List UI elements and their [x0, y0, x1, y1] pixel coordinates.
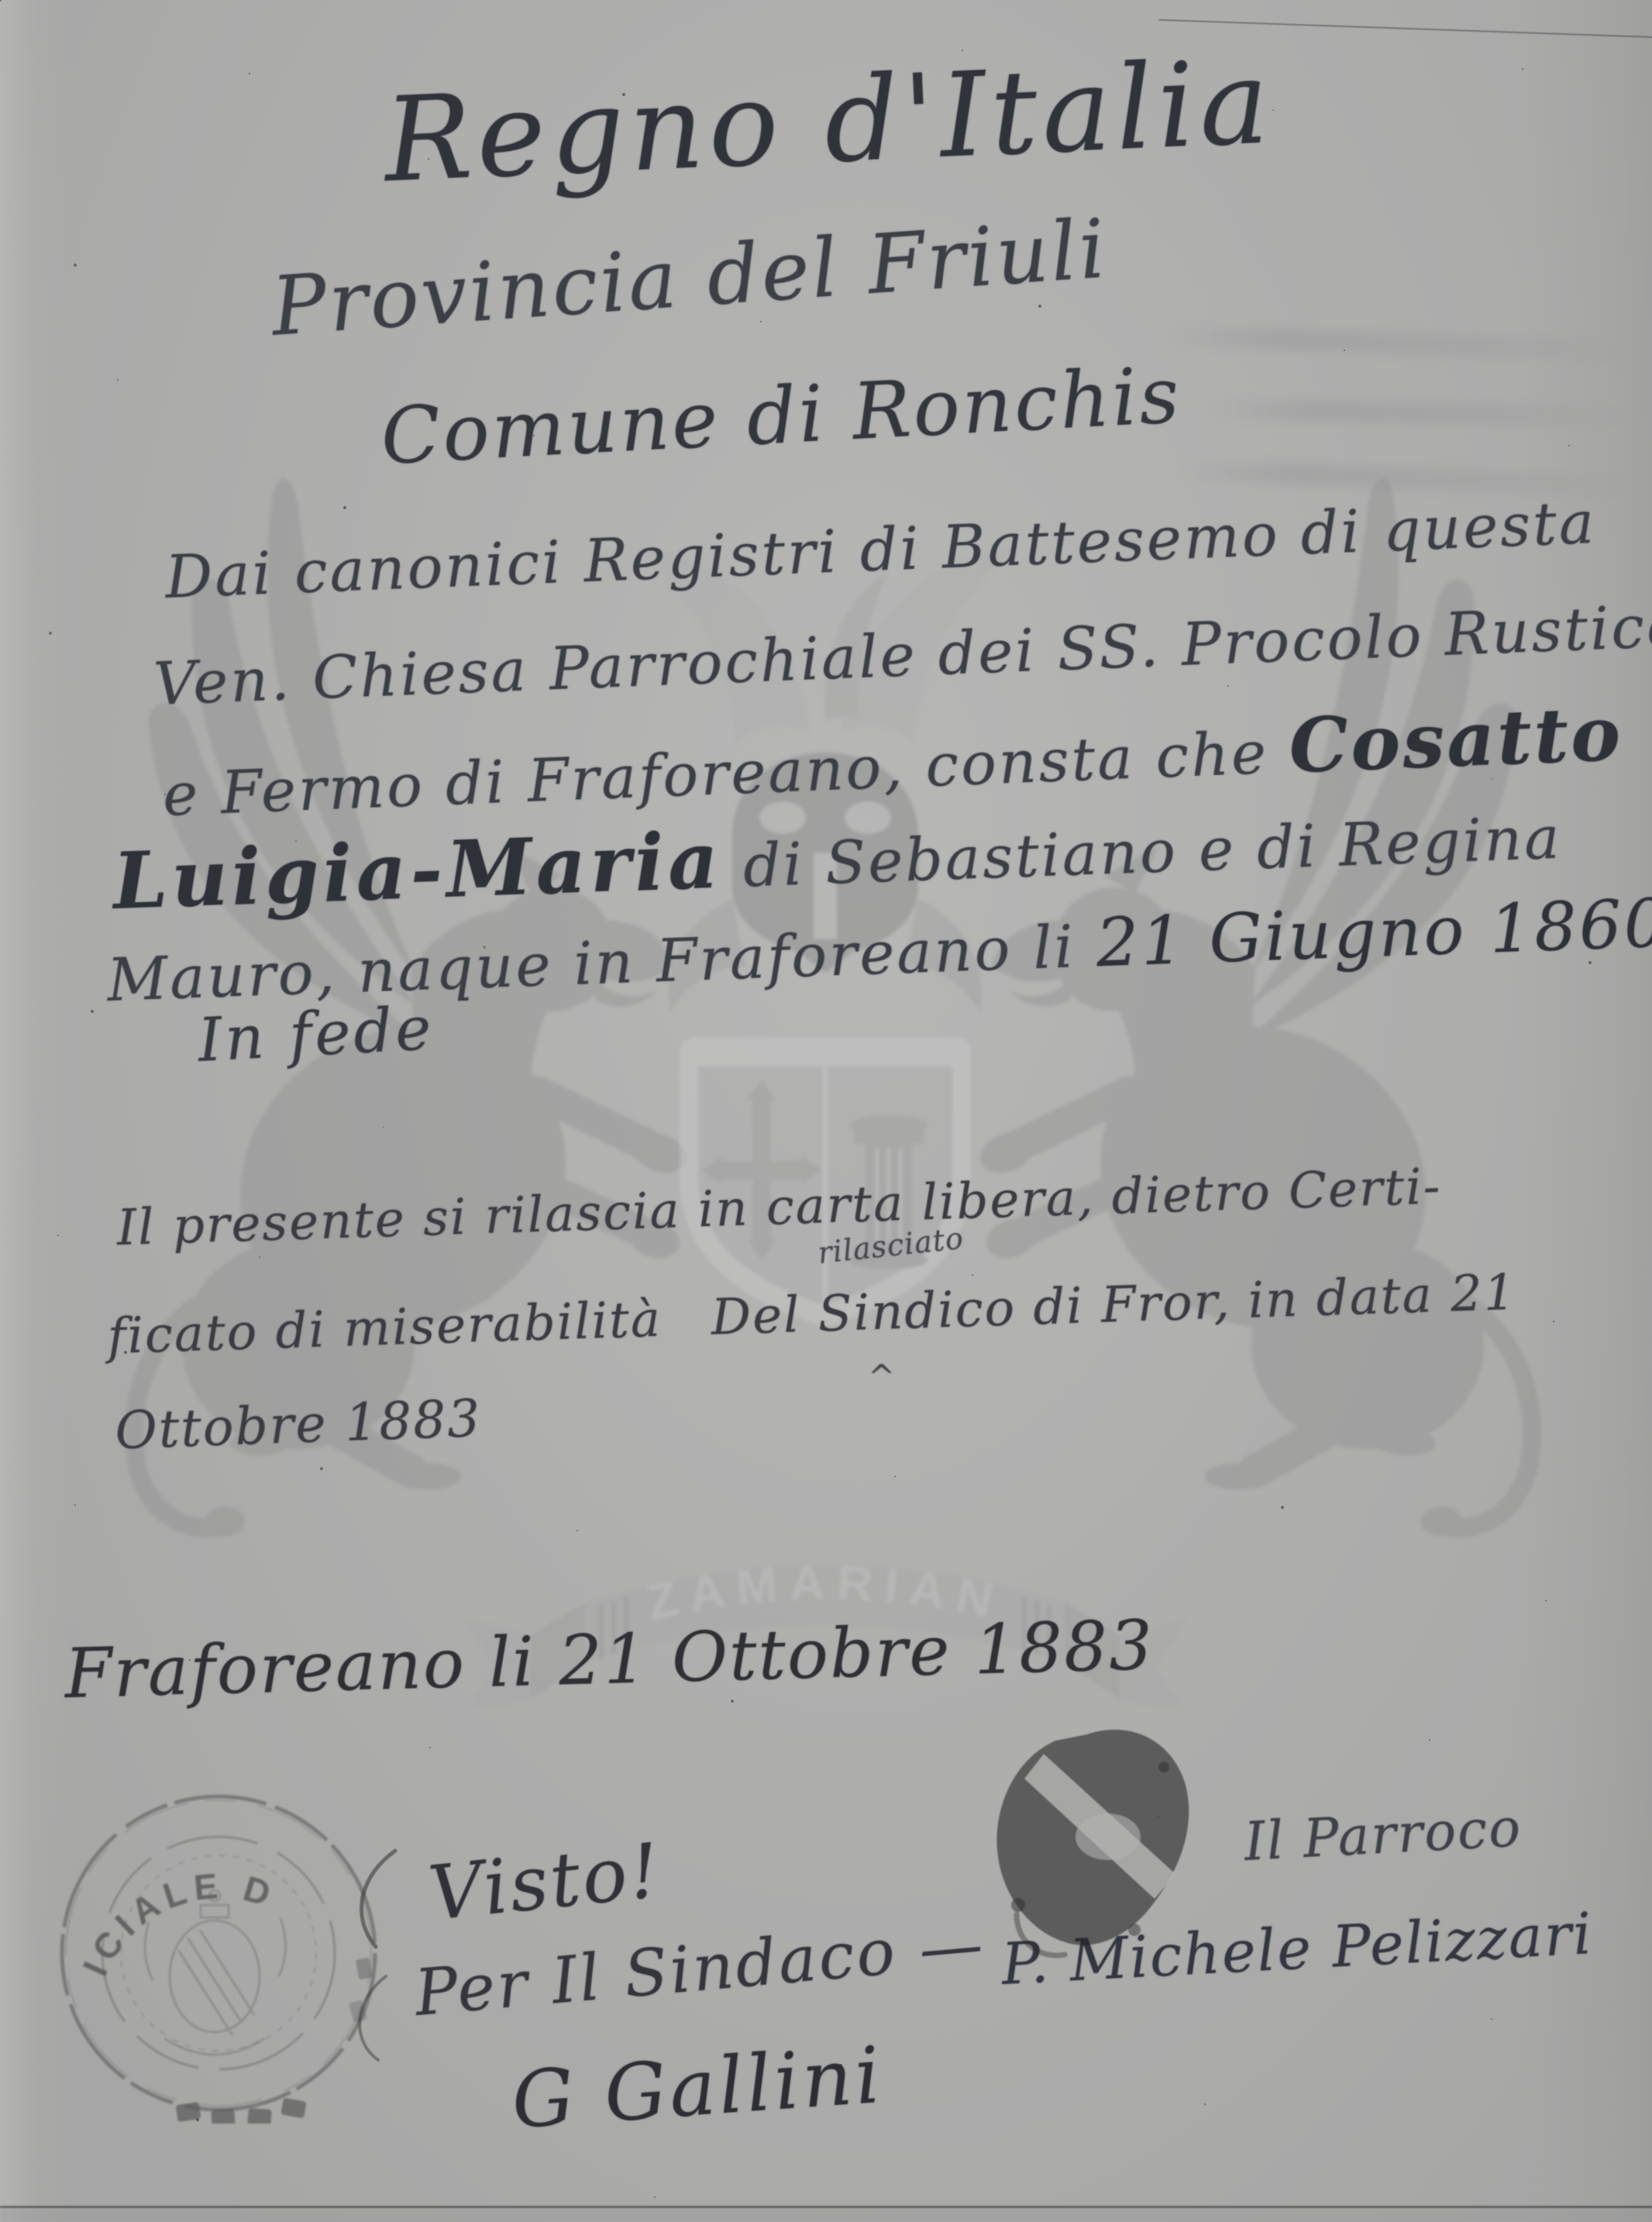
subject-surname: Cosatto [1288, 690, 1624, 790]
page-bottom-edge [0, 2206, 1652, 2222]
title-comune: Comune di Ronchis [379, 350, 1183, 482]
paper-speckles [0, 0, 2, 2]
municipal-round-stamp: ICIALE D [48, 1783, 389, 2124]
certificate-page: ZAMARIAN Regno d'Italia Provincia del Fr… [0, 0, 1652, 2222]
stamp-arc-text: ICIALE D [74, 1865, 280, 1981]
sindaco-signature: G Gallini [509, 2030, 886, 2146]
release-line-3: Ottobre 1883 [114, 1389, 482, 1461]
stamp-bottom-marks [176, 2098, 307, 2124]
parroco-role: Il Parroco [1243, 1797, 1523, 1873]
title-province: Provincia del Friuli [268, 202, 1110, 354]
pen-curl-marks [341, 1845, 449, 2069]
attestation: In fede [196, 994, 435, 1076]
visto-note: Visto! [425, 1827, 666, 1938]
ink-smudge-stamp [970, 1711, 1203, 1967]
title-kingdom: Regno d'Italia [381, 35, 1275, 208]
ink-bleedthrough [1162, 326, 1628, 362]
insertion-caret: ^ [868, 1358, 895, 1396]
ink-bleedthrough [1209, 399, 1627, 426]
fold-crease-line [1158, 19, 1652, 39]
